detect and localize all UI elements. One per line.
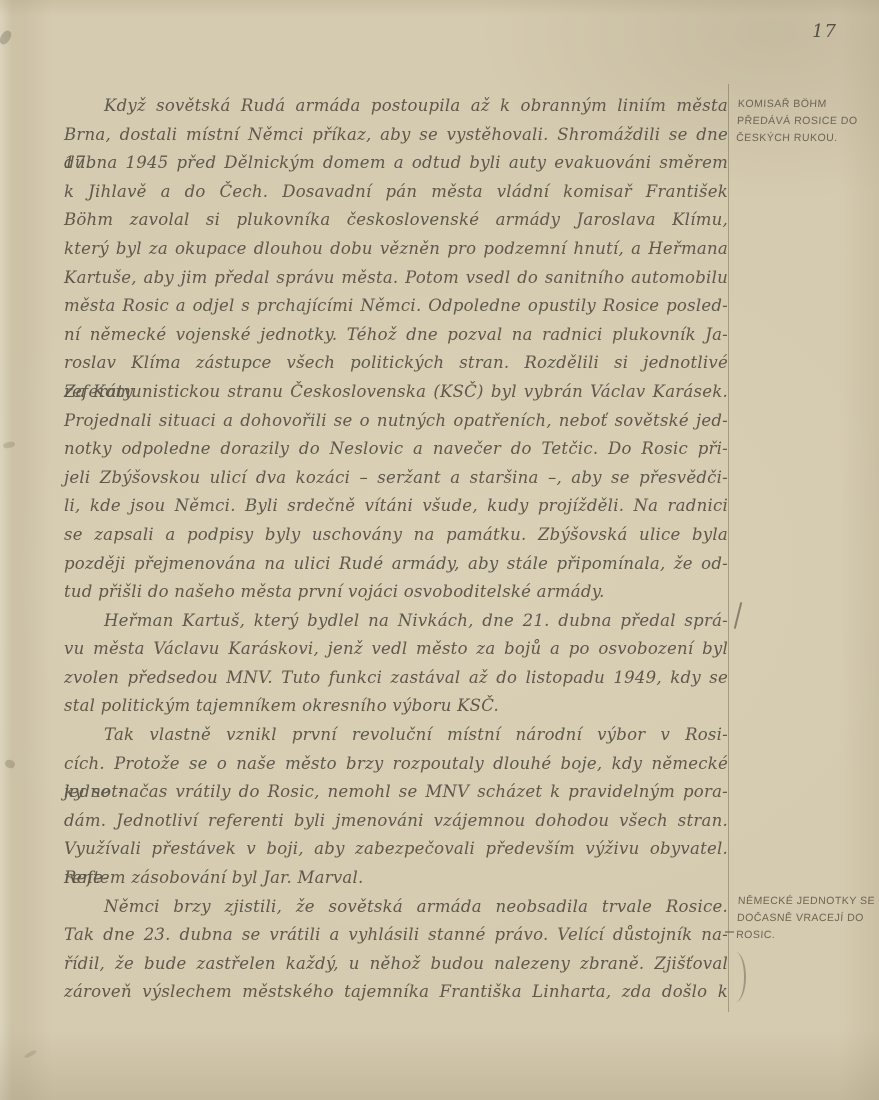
body-line: rentem zásobování byl Jar. Marval. [64,864,728,893]
body-line: se zapsali a podpisy byly uschovány na p… [64,521,728,550]
body-line: Za Komunistickou stranu Československa (… [64,378,728,407]
paper-edge-mark [0,29,13,46]
body-line: Němci brzy zjistili, že sovětská armáda … [64,893,728,922]
body-line: Kartuše, aby jim předal správu města. Po… [64,264,728,293]
body-line: jeli Zbýšovskou ulicí dva kozáci – serža… [64,464,728,493]
ink-bracket-mark [733,952,746,1002]
body-line: Tak dne 23. dubna se vrátili a vyhlásili… [64,921,728,950]
paper-edge-mark [4,759,16,770]
handwritten-body: Když sovětská Rudá armáda postoupila až … [64,92,728,1007]
body-line: dám. Jednotliví referenti byli jmenováni… [64,807,728,836]
margin-rule-line [728,84,729,1012]
body-line: který byl za okupace dlouhou dobu vězněn… [64,235,728,264]
body-line: dubna 1945 před Dělnickým domem a odtud … [64,149,728,178]
body-line: Projednali situaci a dohovořili se o nut… [64,407,728,436]
chronicle-page: 17 Když sovětská Rudá armáda postoupila … [0,0,879,1100]
body-line: zvolen předsedou MNV. Tuto funkci zastáv… [64,664,728,693]
body-line: k Jihlavě a do Čech. Dosavadní pán města… [64,178,728,207]
body-line: později přejmenována na ulici Rudé armád… [64,550,728,579]
margin-note-line: DOČASNĚ VRACEJÍ DO [737,910,876,927]
body-line: Brna, dostali místní Němci příkaz, aby s… [64,121,728,150]
ink-stroke-mark [734,602,742,629]
paper-edge-mark [3,441,16,449]
body-line: roslav Klíma zástupce všech politických … [64,349,728,378]
paper-edge-mark [24,1049,37,1059]
margin-note-line: NĚMECKÉ JEDNOTKY SE [737,893,876,910]
body-line: stal politickým tajemníkem okresního výb… [64,692,728,721]
body-line: vu města Václavu Karáskovi, jenž vedl mě… [64,635,728,664]
margin-note-line: KOMISAŘ BÖHM [737,96,876,113]
body-line: notky odpoledne dorazily do Neslovic a n… [64,435,728,464]
body-line: zároveň výslechem městského tajemníka Fr… [64,978,728,1007]
body-line: tud přišli do našeho města první vojáci … [64,578,728,607]
page-number: 17 [812,22,837,42]
body-line: ky se načas vrátily do Rosic, nemohl se … [64,778,728,807]
body-line: ní německé vojenské jednotky. Téhož dne … [64,321,728,350]
margin-note-line: PŘEDÁVÁ ROSICE DO [737,113,876,130]
margin-note-line: ČESKÝCH RUKOU. [736,130,875,147]
margin-note-german-units: NĚMECKÉ JEDNOTKY SE DOČASNĚ VRACEJÍ DO R… [736,893,877,944]
body-line: řídil, že bude zastřelen každý, u něhož … [64,950,728,979]
body-line: li, kde jsou Němci. Byli srdečně vítáni … [64,492,728,521]
body-line: města Rosic a odjel s prchajícími Němci.… [64,292,728,321]
body-line: Böhm zavolal si plukovníka československ… [64,206,728,235]
margin-note-bohm: KOMISAŘ BÖHM PŘEDÁVÁ ROSICE DO ČESKÝCH R… [736,96,877,147]
margin-note-line: ROSIC. [736,927,875,944]
body-line: Tak vlastně vznikl první revoluční místn… [64,721,728,750]
note-dash-mark [725,931,734,933]
body-line: Využívali přestávek v boji, aby zabezpeč… [64,835,728,864]
body-line: Když sovětská Rudá armáda postoupila až … [64,92,728,121]
body-line: cích. Protože se o naše město brzy rozpo… [64,750,728,779]
body-line: Heřman Kartuš, který bydlel na Nivkách, … [64,607,728,636]
